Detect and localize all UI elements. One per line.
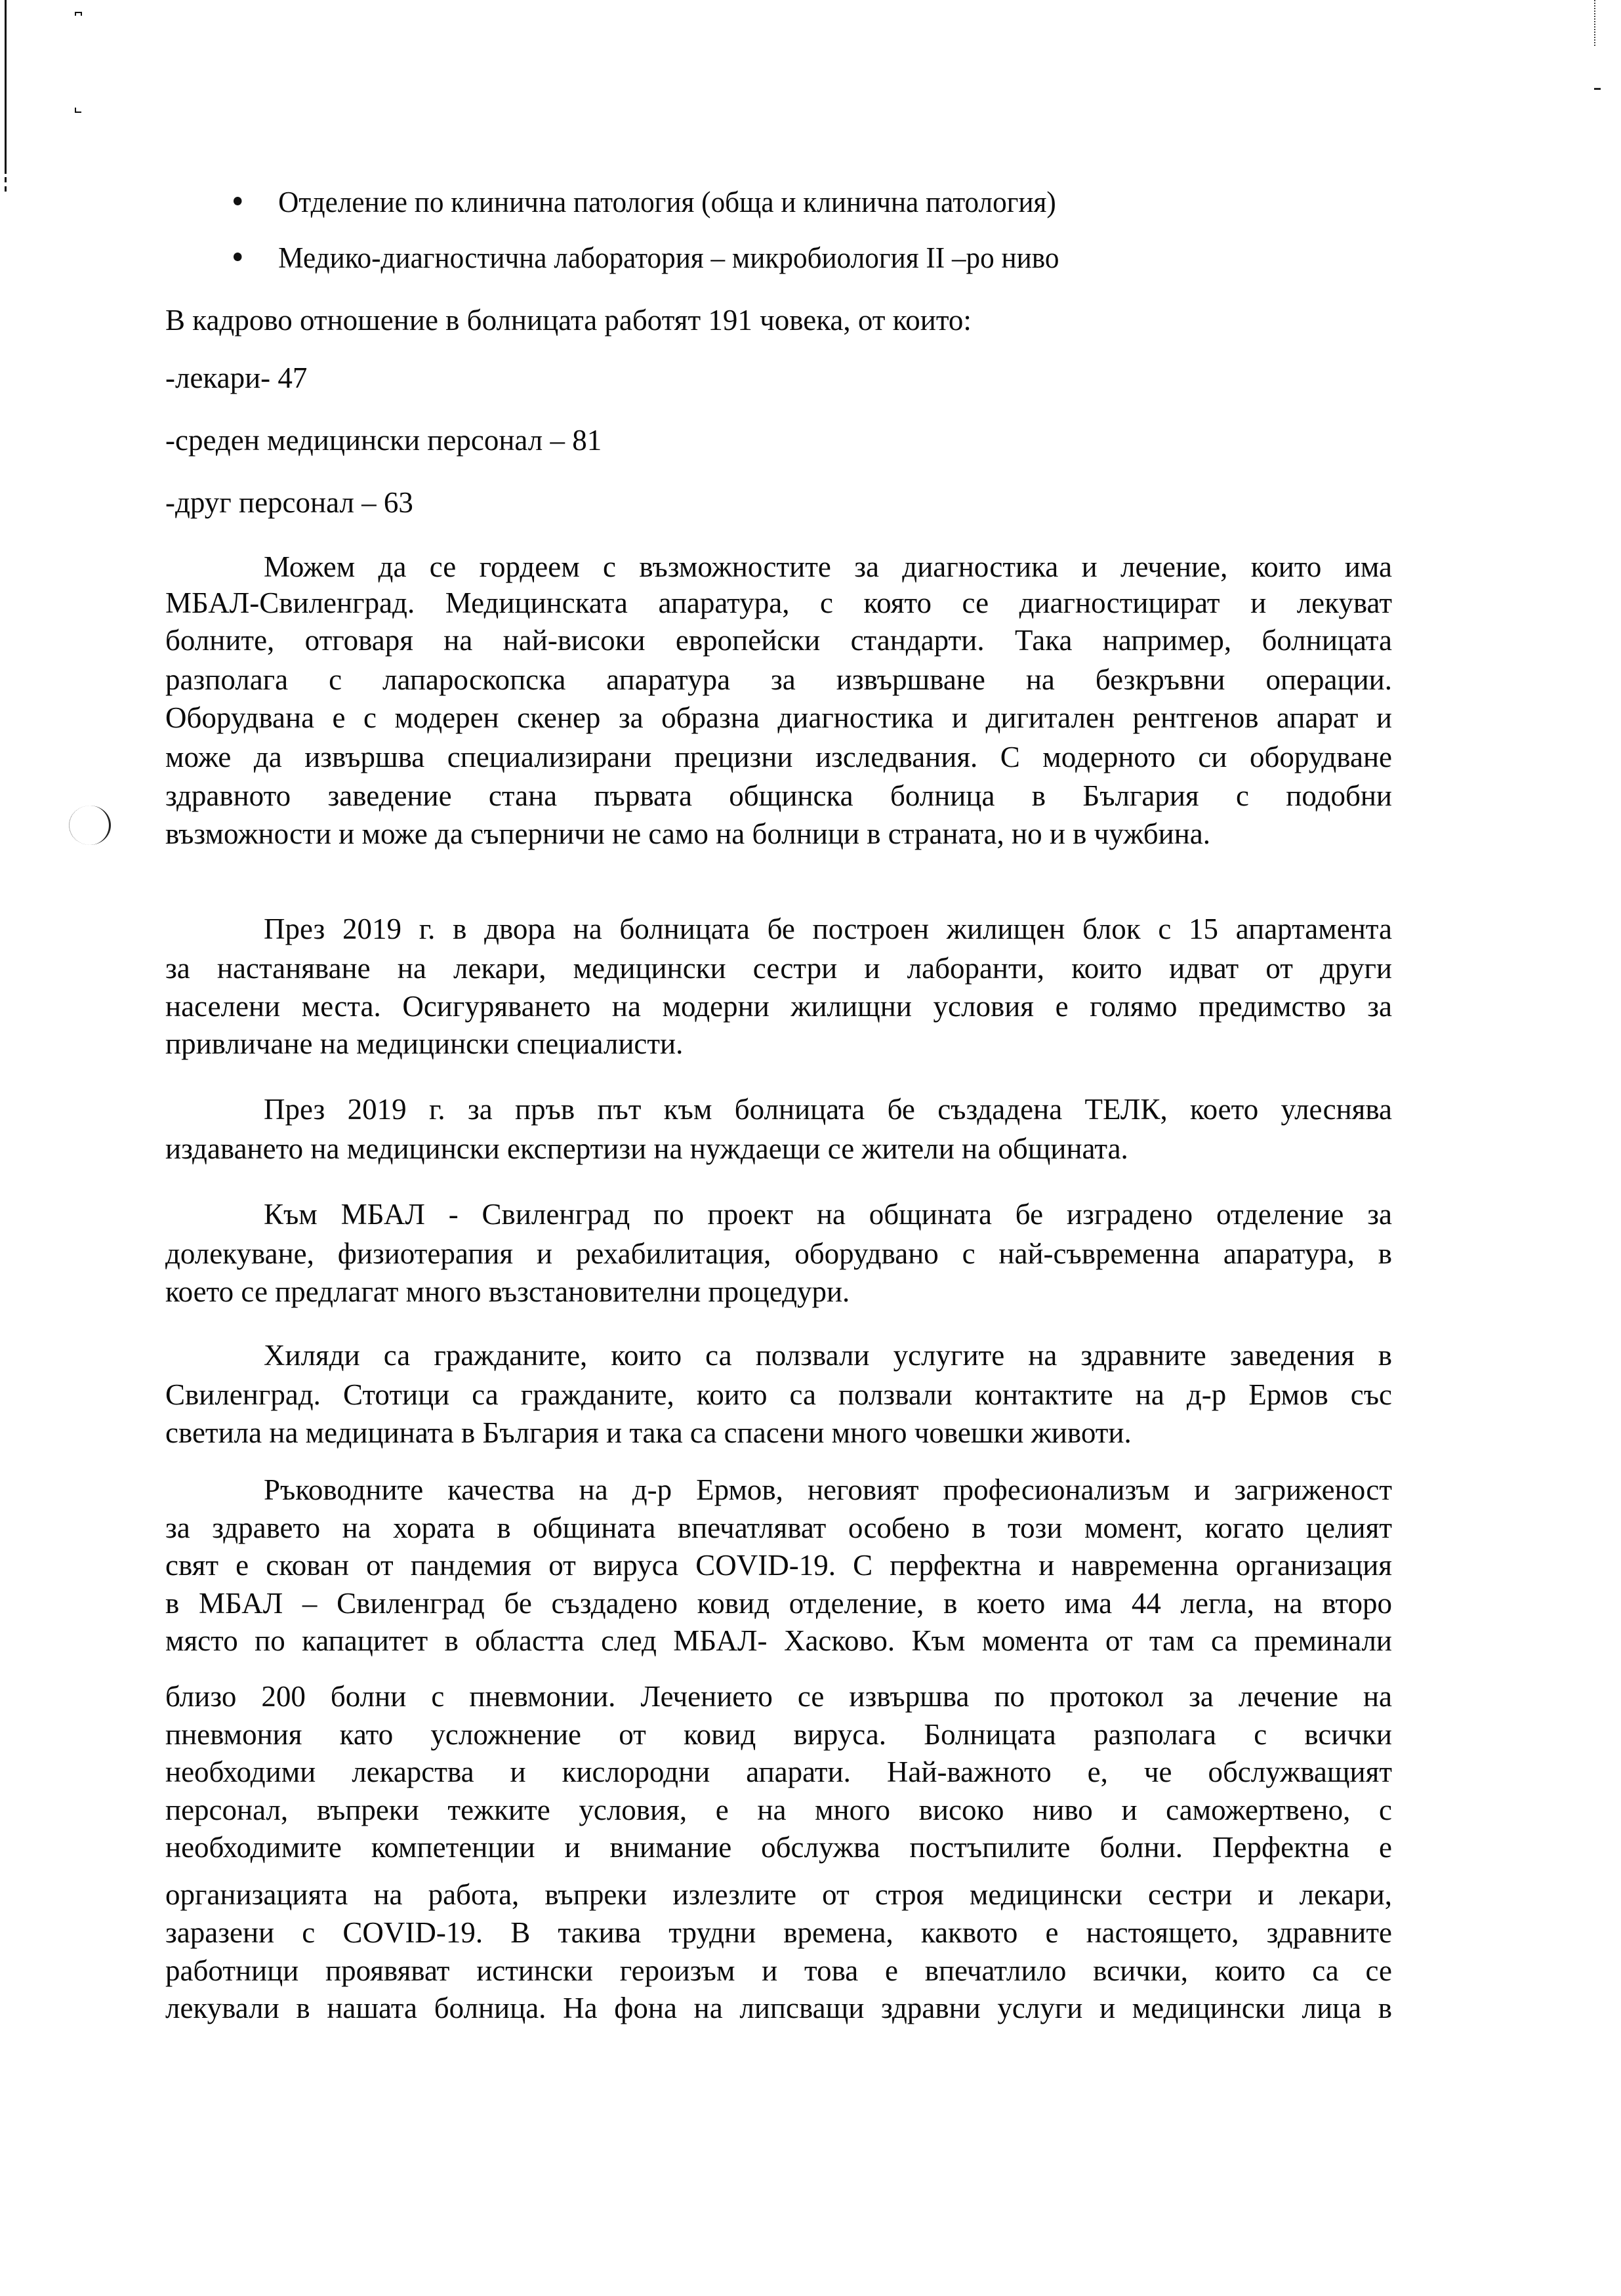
scan-edge-dots	[1594, 0, 1597, 46]
staff-medical: -среден медицински персонал – 81	[165, 423, 1392, 457]
text-line: работници проявяват истински героизъм и …	[165, 1954, 1392, 1988]
text-line: МБАЛ-Свиленград. Медицинската апаратура,…	[165, 586, 1392, 620]
text-line: Хиляди са гражданите, които са ползвали …	[165, 1338, 1392, 1372]
list-item-text: Отделение по клинична патология (обща и …	[278, 185, 1056, 219]
staff-doctors: -лекари- 47	[165, 361, 1392, 395]
punch-hole-mark	[69, 806, 111, 845]
text-line: През 2019 г. в двора на болницата бе пос…	[165, 912, 1392, 946]
staff-intro: В кадрово отношение в болницата работят …	[165, 303, 1392, 337]
text-line: лекували в нашата болница. На фона на ли…	[165, 1991, 1392, 2025]
text-line: разполага с лапароскопска апаратура за и…	[165, 663, 1392, 697]
list-item-text: Медико-диагностична лаборатория – микроб…	[278, 241, 1059, 275]
text-line: Свиленград. Стотици са гражданите, които…	[165, 1378, 1392, 1412]
text-line: за настаняване на лекари, медицински сес…	[165, 951, 1392, 985]
text-line: заразени с COVID-19. В такива трудни вре…	[165, 1916, 1392, 1950]
bullet-icon	[234, 197, 241, 205]
scan-mark	[75, 12, 82, 16]
text-line: Към МБАЛ - Свиленград по проект на общин…	[165, 1197, 1392, 1231]
text-line: долекуване, физиотерапия и рехабилитация…	[165, 1237, 1392, 1271]
text-line: място по капацитет в областта след МБАЛ-…	[165, 1624, 1392, 1658]
text-line: в МБАЛ – Свиленград бе създадено ковид о…	[165, 1586, 1392, 1620]
text-line: може да извършва специализирани прецизни…	[165, 740, 1392, 774]
text-line: Можем да се гордеем с възможностите за д…	[165, 550, 1392, 584]
text-line: Ръководните качества на д-р Ермов, негов…	[165, 1473, 1392, 1507]
text-line: Оборудвана е с модерен скенер за образна…	[165, 701, 1392, 735]
text-line: здравното заведение стана първата общинс…	[165, 779, 1392, 813]
scanned-page: Отделение по клинична патология (обща и …	[0, 0, 1621, 2296]
text-line: През 2019 г. за пръв път към болницата б…	[165, 1092, 1392, 1126]
text-line: което се предлагат много възстановителни…	[165, 1275, 1392, 1309]
scan-mark	[75, 108, 81, 113]
text-line: светила на медицината в България и така …	[165, 1416, 1392, 1450]
text-line: близо 200 болни с пневмонии. Лечението с…	[165, 1679, 1392, 1713]
bullet-icon	[234, 253, 241, 261]
text-line: организацията на работа, въпреки излезли…	[165, 1877, 1392, 1912]
text-line: необходимите компетенции и внимание обсл…	[165, 1830, 1392, 1864]
staff-other: -друг персонал – 63	[165, 485, 1392, 520]
text-line: болните, отговаря на най-високи европейс…	[165, 623, 1392, 657]
text-line: населени места. Осигуряването на модерни…	[165, 989, 1392, 1023]
scan-edge-line	[5, 0, 7, 174]
text-line: привличане на медицински специалисти.	[165, 1027, 1392, 1061]
text-line: свят е скован от пандемия от вируса COVI…	[165, 1548, 1392, 1582]
text-line: пневмония като усложнение от ковид вирус…	[165, 1717, 1392, 1752]
text-line: възможности и може да съперничи не само …	[165, 817, 1392, 851]
scan-edge-dash	[5, 177, 7, 182]
scan-edge-dash	[1594, 88, 1601, 90]
text-line: персонал, въпреки тежките условия, е на …	[165, 1793, 1392, 1827]
text-line: за здравето на хората в общината впечатл…	[165, 1511, 1392, 1545]
text-line: издаването на медицински експертизи на н…	[165, 1132, 1392, 1166]
scan-edge-dash	[5, 186, 7, 192]
text-line: необходими лекарства и кислородни апарат…	[165, 1755, 1392, 1789]
